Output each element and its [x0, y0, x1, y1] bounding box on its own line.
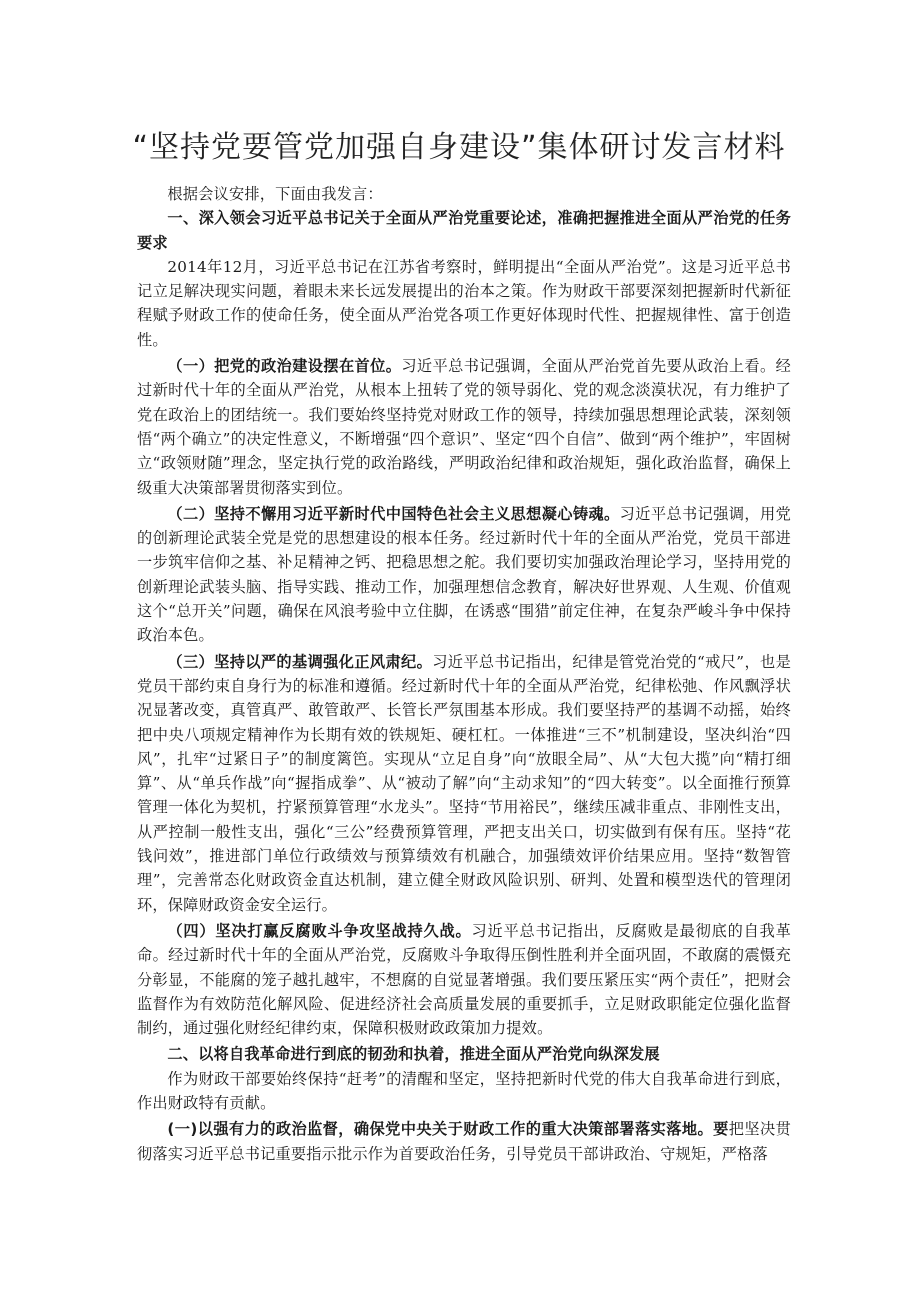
section-1-intro: 2014年12月，习近平总书记在江苏省考察时，鲜明提出“全面从严治党”。这是习近… — [137, 255, 791, 352]
item-lead: （二）坚持不懈用习近平新时代中国特色社会主义思想凝心铸魂。 — [167, 505, 619, 523]
item-body: 习近平总书记强调，用党的创新理论武装全党是党的思想建设的根本任务。经过新时代十年… — [137, 505, 791, 644]
section-1-heading: 一、深入领会习近平总书记关于全面从严治党重要论述，准确把握推进全面从严治党的任务… — [137, 206, 791, 255]
item-lead: （一）把党的政治建设摆在首位。 — [167, 357, 401, 375]
section-2-heading: 二、以将自我革命进行到底的韧劲和执着，推进全面从严治党向纵深发展 — [137, 1042, 791, 1066]
section-1-item-2: （二）坚持不懈用习近平新时代中国特色社会主义思想凝心铸魂。习近平总书记强调，用党… — [137, 502, 791, 648]
section-1-item-4: （四）坚决打赢反腐败斗争攻坚战持久战。习近平总书记指出，反腐败是最彻底的自我革命… — [137, 919, 791, 1040]
item-body: 习近平总书记强调，全面从严治党首先要从政治上看。经过新时代十年的全面从严治党，从… — [137, 357, 791, 496]
document-title: “坚持党要管党加强自身建设”集体研讨发言材料 — [127, 126, 791, 170]
document-page: “坚持党要管党加强自身建设”集体研讨发言材料 根据会议安排，下面由我发言： 一、… — [137, 120, 791, 1166]
section-2-item-1: (一)以强有力的政治监督，确保党中央关于财政工作的重大决策部署落实落地。要把坚决… — [137, 1117, 791, 1166]
item-lead: （三）坚持以严的基调强化正风肃纪。 — [167, 653, 432, 671]
opening-paragraph: 根据会议安排，下面由我发言： — [137, 182, 791, 206]
section-1-item-1: （一）把党的政治建设摆在首位。习近平总书记强调，全面从严治党首先要从政治上看。经… — [137, 354, 791, 500]
item-body: 习近平总书记指出，纪律是管党治党的“戒尺”，也是党员干部约束自身行为的标准和遵循… — [137, 653, 791, 914]
item-lead: (一)以强有力的政治监督，确保党中央关于财政工作的重大决策部署落实落地。要 — [167, 1120, 728, 1138]
section-2-intro: 作为财政干部要始终保持“赶考”的清醒和坚定，坚持把新时代党的伟大自我革命进行到底… — [137, 1067, 791, 1116]
section-1-item-3: （三）坚持以严的基调强化正风肃纪。习近平总书记指出，纪律是管党治党的“戒尺”，也… — [137, 650, 791, 917]
item-lead: （四）坚决打赢反腐败斗争攻坚战持久战。 — [167, 922, 471, 940]
